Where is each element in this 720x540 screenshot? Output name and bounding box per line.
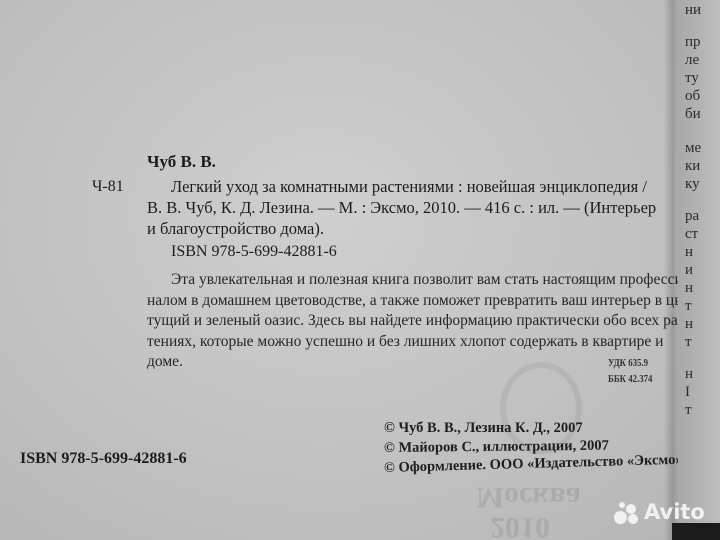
page-fragment: т: [685, 402, 692, 419]
biblio-line: и благоустройство дома).: [147, 218, 656, 239]
page-fragment: н: [685, 244, 693, 261]
author-heading: Чуб В. В.: [147, 152, 216, 172]
page-fragment: ст: [685, 226, 698, 243]
page-fragment: ра: [685, 208, 699, 225]
page-fragment: н: [685, 280, 693, 297]
page-fragment: и: [685, 262, 693, 279]
show-through-city: Москва: [476, 480, 581, 514]
biblio-line: Легкий уход за комнатными растениями : н…: [147, 176, 656, 197]
page-fragment: ле: [685, 52, 699, 69]
background-corner: [672, 523, 720, 540]
isbn-bottom: ISBN 978-5-699-42881-6: [20, 450, 187, 468]
show-through-year: 2010: [490, 510, 550, 540]
watermark-brand: Avito: [644, 500, 705, 524]
isbn-record: ISBN 978-5-699-42881-6: [171, 243, 337, 261]
annotation-line: тениях, которые можно успешно и без лишн…: [147, 332, 677, 353]
classification-code: Ч-81: [92, 178, 124, 196]
book-page-photo: Москва 2010 Чуб В. В. Ч-81 Легкий уход з…: [0, 0, 720, 540]
page-fragment: н: [685, 316, 693, 333]
classification-indices: УДК 635.9 ББК 42.374: [608, 355, 652, 387]
annotation-line: налом в домашнем цветоводстве, а также п…: [147, 291, 677, 312]
annotation-line: Эта увлекательная и полезная книга позво…: [147, 270, 677, 291]
page-fragment: ки: [685, 158, 700, 175]
page-fragment: н: [685, 366, 693, 383]
facing-page-edge: ни пр ле ту об би ме ки ку ра ст н и н т…: [678, 0, 720, 540]
udk-code: УДК 635.9: [608, 355, 652, 371]
page-fragment: т: [685, 298, 692, 315]
annotation-line: доме.: [147, 352, 677, 373]
avito-dots-icon: [614, 500, 640, 524]
page-fragment: ту: [685, 70, 699, 87]
page-fragment: пр: [685, 34, 701, 51]
page-fragment: ни: [685, 2, 701, 19]
page-fragment: об: [685, 88, 700, 105]
page-fragment: би: [685, 106, 701, 123]
page-fragment: ку: [685, 176, 700, 193]
biblio-line: В. В. Чуб, К. Д. Лезина. — М. : Эксмо, 2…: [147, 197, 656, 218]
bbk-code: ББК 42.374: [608, 371, 652, 387]
page-fragment: I: [685, 384, 690, 401]
avito-watermark: Avito: [614, 500, 705, 524]
page-fragment: ме: [685, 140, 701, 157]
page-fragment: т: [685, 334, 692, 351]
book-annotation: Эта увлекательная и полезная книга позво…: [147, 270, 677, 373]
bibliographic-record: Легкий уход за комнатными растениями : н…: [147, 176, 656, 239]
annotation-line: тущий и зеленый оазис. Здесь вы найдете …: [147, 311, 677, 332]
